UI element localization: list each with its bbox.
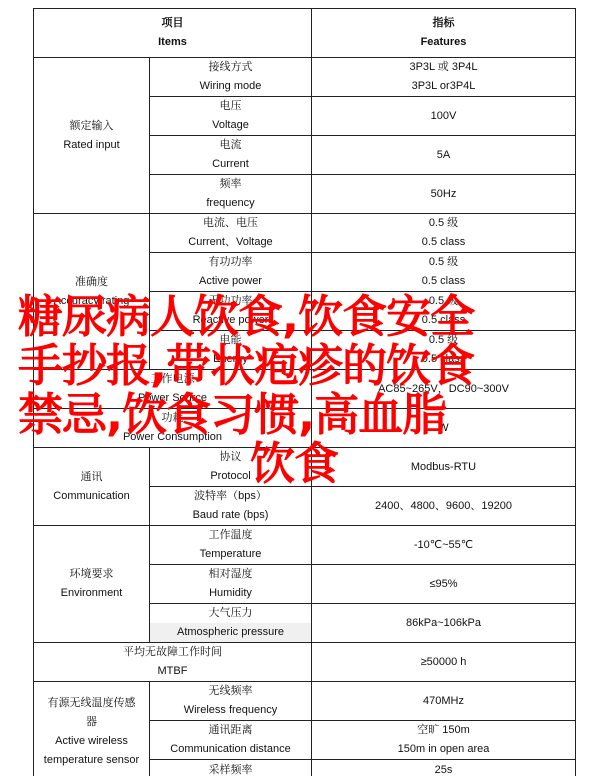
value-frequency: 50Hz	[312, 175, 576, 214]
value-temperature: -10℃~55℃	[312, 526, 576, 565]
header-row: 项目 Items 指标 Features	[34, 9, 576, 58]
header-items: 项目 Items	[34, 9, 312, 58]
value-reactive-power: 0.5 级 0.5 class	[312, 292, 576, 331]
item-sampling: 采样频率	[150, 760, 312, 776]
table-row: 环境要求 Environment 工作温度 Temperature -10℃~5…	[34, 526, 576, 565]
item-current: 电流 Current	[150, 136, 312, 175]
value-active-power: 0.5 级 0.5 class	[312, 253, 576, 292]
table-row: 有源无线温度传感 器 Active wireless temperature s…	[34, 682, 576, 721]
table-row: 平均无故障工作时间 MTBF ≥50000 h	[34, 643, 576, 682]
value-mtbf: ≥50000 h	[312, 643, 576, 682]
item-frequency: 频率 frequency	[150, 175, 312, 214]
value-current-voltage: 0.5 级 0.5 class	[312, 214, 576, 253]
header-features: 指标 Features	[312, 9, 576, 58]
group-environment: 环境要求 Environment	[34, 526, 150, 643]
item-wireless-frequency: 无线频率 Wireless frequency	[150, 682, 312, 721]
item-wiring: 接线方式 Wiring mode	[150, 58, 312, 97]
item-humidity: 相对湿度 Humidity	[150, 565, 312, 604]
value-power-consumption: W	[312, 409, 576, 448]
group-accuracy: 准确度 Accuracy rating	[34, 214, 150, 370]
item-power-source: 工作电源 Power Source	[34, 370, 312, 409]
item-reactive-power: 无功功率 Reactive power	[150, 292, 312, 331]
value-sampling: 25s	[312, 760, 576, 776]
value-power-source: AC85~265V，DC90~300V	[312, 370, 576, 409]
spec-table: 项目 Items 指标 Features 额定输入 Rated input 接线…	[33, 8, 576, 776]
value-voltage: 100V	[312, 97, 576, 136]
item-protocol: 协议 Protocol	[150, 448, 312, 487]
table-row: 功耗 Power Consumption W	[34, 409, 576, 448]
value-energy: 0.5 级 0.5 class	[312, 331, 576, 370]
item-power-consumption: 功耗 Power Consumption	[34, 409, 312, 448]
item-communication-distance: 通讯距离 Communication distance	[150, 721, 312, 760]
table-row: 工作电源 Power Source AC85~265V，DC90~300V	[34, 370, 576, 409]
group-rated-input: 额定输入 Rated input	[34, 58, 150, 214]
item-mtbf: 平均无故障工作时间 MTBF	[34, 643, 312, 682]
item-pressure: 大气压力 Atmospheric pressure	[150, 604, 312, 643]
group-communication: 通讯 Communication	[34, 448, 150, 526]
value-protocol: Modbus-RTU	[312, 448, 576, 487]
value-communication-distance: 空旷 150m 150m in open area	[312, 721, 576, 760]
table-row: 额定输入 Rated input 接线方式 Wiring mode 3P3L 或…	[34, 58, 576, 97]
value-humidity: ≤95%	[312, 565, 576, 604]
table-row: 通讯 Communication 协议 Protocol Modbus-RTU	[34, 448, 576, 487]
value-current: 5A	[312, 136, 576, 175]
item-energy: 电能 Energy	[150, 331, 312, 370]
item-temperature: 工作温度 Temperature	[150, 526, 312, 565]
value-wiring: 3P3L 或 3P4L 3P3L or3P4L	[312, 58, 576, 97]
item-current-voltage: 电流、电压 Current、Voltage	[150, 214, 312, 253]
value-wireless-frequency: 470MHz	[312, 682, 576, 721]
item-voltage: 电压 Voltage	[150, 97, 312, 136]
item-active-power: 有功功率 Active power	[150, 253, 312, 292]
value-pressure: 86kPa~106kPa	[312, 604, 576, 643]
value-baud-rate: 2400、4800、9600、19200	[312, 487, 576, 526]
table-row: 准确度 Accuracy rating 电流、电压 Current、Voltag…	[34, 214, 576, 253]
group-sensor: 有源无线温度传感 器 Active wireless temperature s…	[34, 682, 150, 776]
item-baud-rate: 波特率（bps） Baud rate (bps)	[150, 487, 312, 526]
